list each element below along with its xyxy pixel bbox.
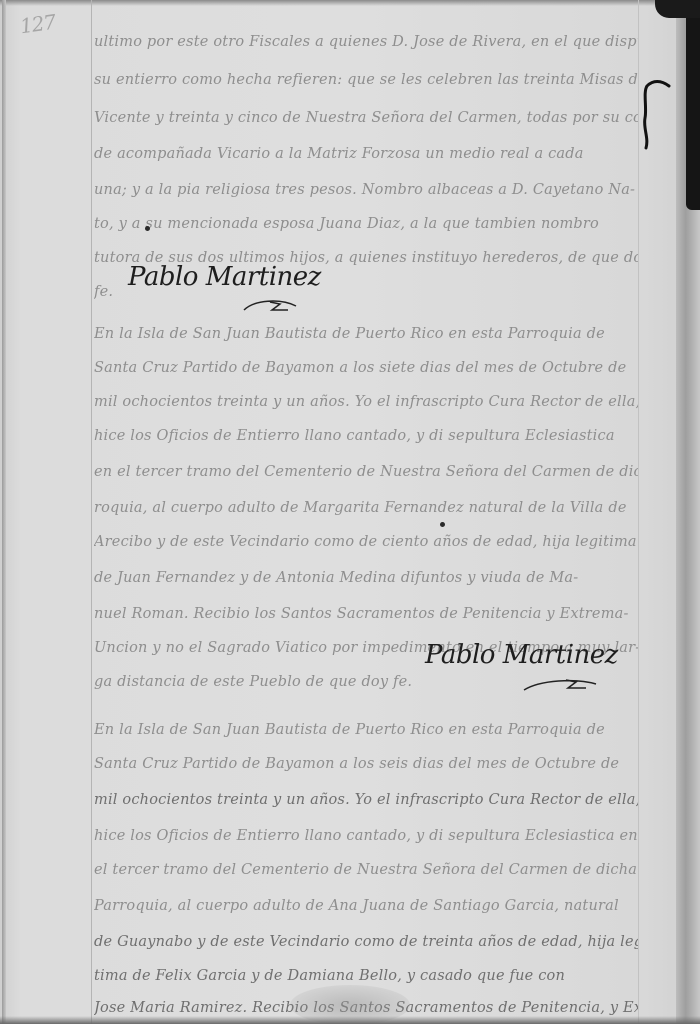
- right-margin-rule: [638, 0, 639, 1024]
- ink-dot: [440, 522, 445, 527]
- binding-shadow: [686, 0, 700, 210]
- ink-dot: [145, 226, 150, 231]
- entry-1-line: ultimo por este otro Fiscales a quienes …: [94, 34, 638, 50]
- entry-2-line: Arecibo y de este Vecindario como de cie…: [94, 534, 638, 550]
- entry-2-line: nuel Roman. Recibio los Santos Sacrament…: [94, 606, 638, 622]
- priest-signature: Pablo Martinez: [128, 262, 321, 292]
- entry-3-line: el tercer tramo del Cementerio de Nuestr…: [94, 862, 638, 878]
- entry-1-line: to, y a su mencionada esposa Juana Diaz,…: [94, 216, 638, 232]
- priest-signature: Pablo Martinez: [425, 640, 618, 670]
- entry-1-line: de acompañada Vicario a la Matriz Forzos…: [94, 146, 638, 162]
- ink-blot: [655, 0, 700, 18]
- page-bottom-shadow: [0, 1016, 700, 1024]
- left-margin-rule: [91, 0, 92, 1024]
- entry-2-line: En la Isla de San Juan Bautista de Puert…: [94, 326, 638, 342]
- scanned-register-page: 127 ultimo por este otro Fiscales a quie…: [0, 0, 700, 1024]
- folio-number: 127: [19, 10, 57, 39]
- entry-2-line: de Juan Fernandez y de Antonia Medina di…: [94, 570, 638, 586]
- entry-2-line: en el tercer tramo del Cementerio de Nue…: [94, 464, 638, 480]
- page-top-shadow: [0, 0, 700, 6]
- entry-3-line: tima de Felix Garcia y de Damiana Bello,…: [94, 968, 638, 984]
- entry-3-line: Santa Cruz Partido de Bayamon a los seis…: [94, 756, 638, 772]
- binding-thread-icon: [643, 78, 673, 150]
- entry-3-line: mil ochocientos treinta y un años. Yo el…: [94, 792, 638, 808]
- entry-1-line: su entierro como hecha refieren: que se …: [94, 72, 638, 88]
- entry-3-line: de Guaynabo y de este Vecindario como de…: [94, 934, 638, 950]
- entry-3-line: Parroquia, al cuerpo adulto de Ana Juana…: [94, 898, 638, 914]
- signature-flourish-icon: [520, 670, 600, 694]
- entry-2-line: hice los Oficios de Entierro llano canta…: [94, 428, 638, 444]
- entry-3-line: hice los Oficios de Entierro llano canta…: [94, 828, 638, 844]
- entry-3-line: En la Isla de San Juan Bautista de Puert…: [94, 722, 638, 738]
- signature-flourish-icon: [240, 292, 300, 316]
- page-left-edge: [2, 0, 6, 1024]
- entry-1-line: Vicente y treinta y cinco de Nuestra Señ…: [94, 110, 638, 126]
- entry-2-line: mil ochocientos treinta y un años. Yo el…: [94, 394, 638, 410]
- entry-1-line: una; y a la pia religiosa tres pesos. No…: [94, 182, 638, 198]
- entry-2-line: Santa Cruz Partido de Bayamon a los siet…: [94, 360, 638, 376]
- entry-2-line: roquia, al cuerpo adulto de Margarita Fe…: [94, 500, 638, 516]
